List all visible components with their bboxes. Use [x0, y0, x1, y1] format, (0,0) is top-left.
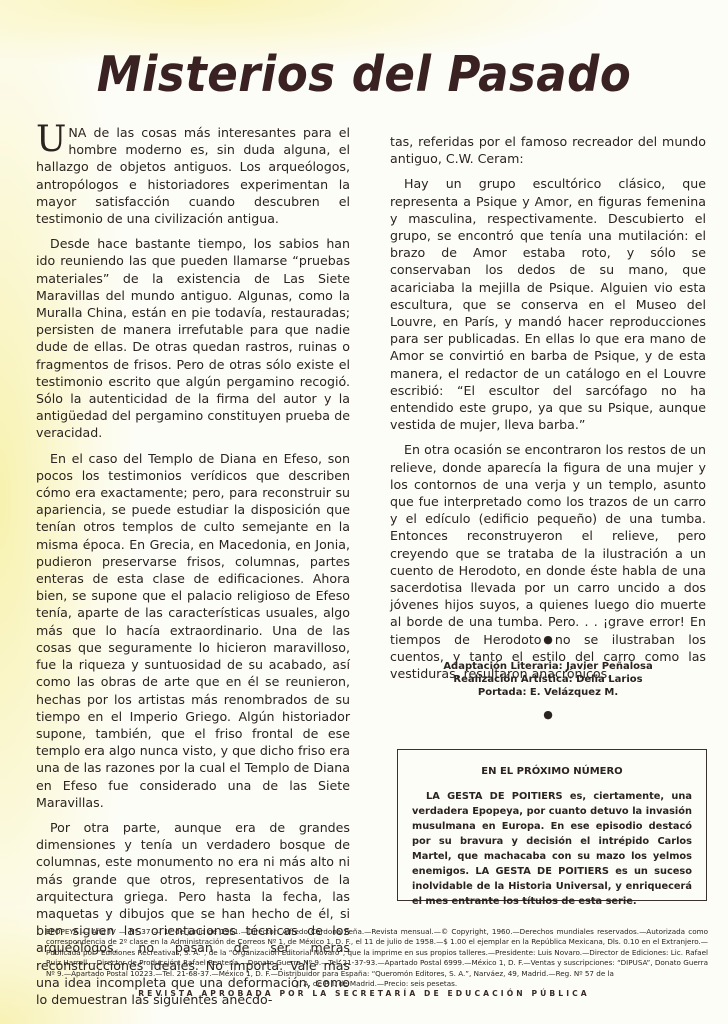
- colophon: EPOPEYA — Año IV — Nº 37 — 1º de junio d…: [46, 927, 708, 989]
- credits-block: ● Adaptación Literaria: Javier Peñalosa …: [390, 630, 706, 721]
- page-title: Misterios del Pasado: [0, 46, 728, 103]
- bullet-separator-icon: ●: [390, 634, 706, 646]
- article-paragraph: En el caso del Templo de Diana en Efeso,…: [36, 450, 350, 811]
- article-paragraph: Hay un grupo escultórico clásico, que re…: [390, 175, 706, 433]
- credit-cover: Portada: E. Velázquez M.: [390, 686, 706, 699]
- credit-literary-adaptation: Adaptación Literaria: Javier Peñalosa: [390, 660, 706, 673]
- article-left-column: UNA de las cosas más interesantes para e…: [36, 124, 350, 1016]
- article-paragraph: Desde hace bastante tiempo, los sabios h…: [36, 235, 350, 441]
- next-issue-box: EN EL PRÓXIMO NÚMERO LA GESTA DE POITIER…: [397, 749, 707, 901]
- article-paragraph: tas, referidas por el famoso recreador d…: [390, 133, 706, 167]
- approval-notice: REVISTA APROBADA POR LA SECRETARÍA DE ED…: [0, 989, 728, 998]
- article-right-column: tas, referidas por el famoso recreador d…: [390, 133, 706, 690]
- colophon-last-line: J. A. de P. I. de Madrid.—Precio: seis p…: [46, 979, 708, 989]
- bullet-separator-icon: ●: [390, 709, 706, 721]
- colophon-text: EPOPEYA — Año IV — Nº 37 — 1º de junio d…: [46, 927, 708, 978]
- credit-artistic-realization: Realización Artística: Delia Larios: [390, 673, 706, 686]
- drop-cap: U: [36, 125, 66, 155]
- next-issue-heading: EN EL PRÓXIMO NÚMERO: [412, 764, 692, 779]
- article-paragraph: UNA de las cosas más interesantes para e…: [36, 124, 350, 227]
- paragraph-text: NA de las cosas más interesantes para el…: [36, 125, 350, 226]
- next-issue-body: LA GESTA DE POITIERS es, ciertamente, un…: [412, 789, 692, 909]
